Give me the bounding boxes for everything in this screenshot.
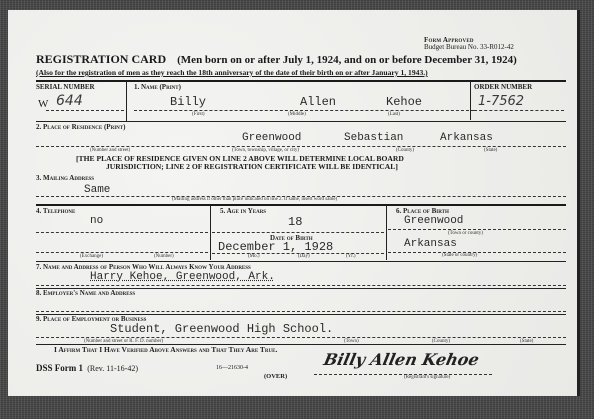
affirmation-text: I Affirm That I Have Verified Above Answ… bbox=[54, 345, 277, 354]
divider bbox=[126, 82, 127, 122]
birthplace-town: Greenwood bbox=[404, 215, 463, 227]
divider bbox=[46, 110, 124, 111]
card-subtitle: (Also for the registration of men as the… bbox=[36, 68, 428, 77]
order-number-value: 1-7562 bbox=[478, 94, 524, 109]
residence-state: Arkansas bbox=[440, 132, 493, 144]
card-title: REGISTRATION CARD (Men born on or after … bbox=[36, 52, 517, 67]
divider bbox=[134, 110, 474, 111]
contact-person-label: 7. Name and Address of Person Who Will A… bbox=[36, 263, 251, 271]
birthplace-label: 6. Place of Birth bbox=[396, 207, 449, 215]
age-label: 5. Age in Years bbox=[220, 207, 266, 215]
serial-prefix: W bbox=[38, 98, 48, 110]
contact-person-value: Harry Kehoe, Greenwood, Ark. bbox=[90, 271, 275, 283]
name-label: 1. Name (Print) bbox=[134, 83, 181, 91]
form-revision: (Rev. 11-16-42) bbox=[87, 364, 138, 373]
caption-last: (Last) bbox=[388, 112, 400, 117]
caption-town: (Town, township, village, or city) bbox=[232, 148, 299, 153]
residence-town: Greenwood bbox=[242, 132, 301, 144]
caption-county: (County) bbox=[396, 148, 414, 153]
signature-caption: (Registrant's signature) bbox=[404, 375, 450, 380]
divider bbox=[36, 252, 208, 253]
serial-number-value: 644 bbox=[56, 93, 83, 109]
dob-value: December 1, 1928 bbox=[218, 240, 333, 254]
over-label: (OVER) bbox=[264, 373, 287, 380]
birthplace-state: Arkansas bbox=[404, 238, 457, 250]
name-last: Kehoe bbox=[386, 95, 422, 109]
mailing-address-value: Same bbox=[84, 184, 110, 196]
caption-first: (First) bbox=[192, 112, 205, 117]
registrant-signature: Billy Allen Kehoe bbox=[322, 350, 481, 369]
budget-bureau-number: Budget Bureau No. 33-R012-42 bbox=[424, 43, 514, 51]
divider bbox=[36, 204, 566, 206]
age-value: 18 bbox=[288, 215, 302, 229]
mailing-address-label: 3. Mailing Address bbox=[36, 174, 94, 182]
divider bbox=[386, 206, 387, 260]
serial-number-label: SERIAL NUMBER bbox=[36, 83, 95, 91]
employment-place-value: Student, Greenwood High School. bbox=[110, 322, 333, 336]
employer-label: 8. Employer's Name and Address bbox=[36, 289, 135, 297]
caption-month: (Mo.) bbox=[248, 254, 260, 259]
residence-county: Sebastian bbox=[344, 132, 403, 144]
divider bbox=[36, 232, 208, 233]
divider bbox=[210, 206, 211, 260]
divider bbox=[36, 337, 566, 338]
divider bbox=[36, 121, 566, 122]
print-code: 16—21630-4 bbox=[216, 365, 248, 371]
title-text: REGISTRATION CARD bbox=[36, 52, 166, 66]
mailing-address-caption: (Mailing address if other than place ind… bbox=[172, 197, 337, 202]
caption-exchange: (Exchange) bbox=[80, 254, 103, 259]
telephone-label: 4. Telephone bbox=[36, 207, 75, 215]
divider bbox=[36, 311, 566, 312]
caption-year: (Yr.) bbox=[346, 254, 356, 259]
caption-day: (Day) bbox=[298, 254, 310, 259]
telephone-value: no bbox=[90, 215, 103, 227]
caption-street: (Number and street) bbox=[90, 148, 130, 153]
divider bbox=[36, 285, 566, 286]
caption-town-or-county: (Town or county) bbox=[448, 231, 483, 236]
divider bbox=[36, 80, 566, 82]
signature-line bbox=[314, 374, 492, 375]
caption-number: (Number) bbox=[154, 254, 174, 259]
divider bbox=[474, 110, 564, 111]
caption-middle: (Middle) bbox=[288, 112, 306, 117]
form-id-text: DSS Form 1 bbox=[36, 363, 83, 373]
name-first: Billy bbox=[170, 95, 206, 109]
caption-state: (State) bbox=[484, 148, 497, 153]
name-middle: Allen bbox=[300, 95, 336, 109]
residence-label: 2. Place of Residence (Print) bbox=[36, 123, 125, 131]
registration-card: Form Approved Budget Bureau No. 33-R012-… bbox=[8, 10, 580, 396]
residence-notice-line2: JURISDICTION; LINE 2 OF REGISTRATION CER… bbox=[106, 162, 398, 171]
divider bbox=[388, 229, 566, 230]
form-id: DSS Form 1 (Rev. 11-16-42) bbox=[36, 363, 138, 373]
divider bbox=[36, 146, 566, 147]
order-number-label: ORDER NUMBER bbox=[474, 83, 532, 91]
divider bbox=[36, 261, 566, 262]
caption-state-or-country: (State or country) bbox=[442, 253, 477, 258]
title-subtitle: (Men born on or after July 1, 1924, and … bbox=[177, 54, 517, 66]
divider bbox=[470, 82, 471, 120]
divider bbox=[212, 232, 384, 233]
